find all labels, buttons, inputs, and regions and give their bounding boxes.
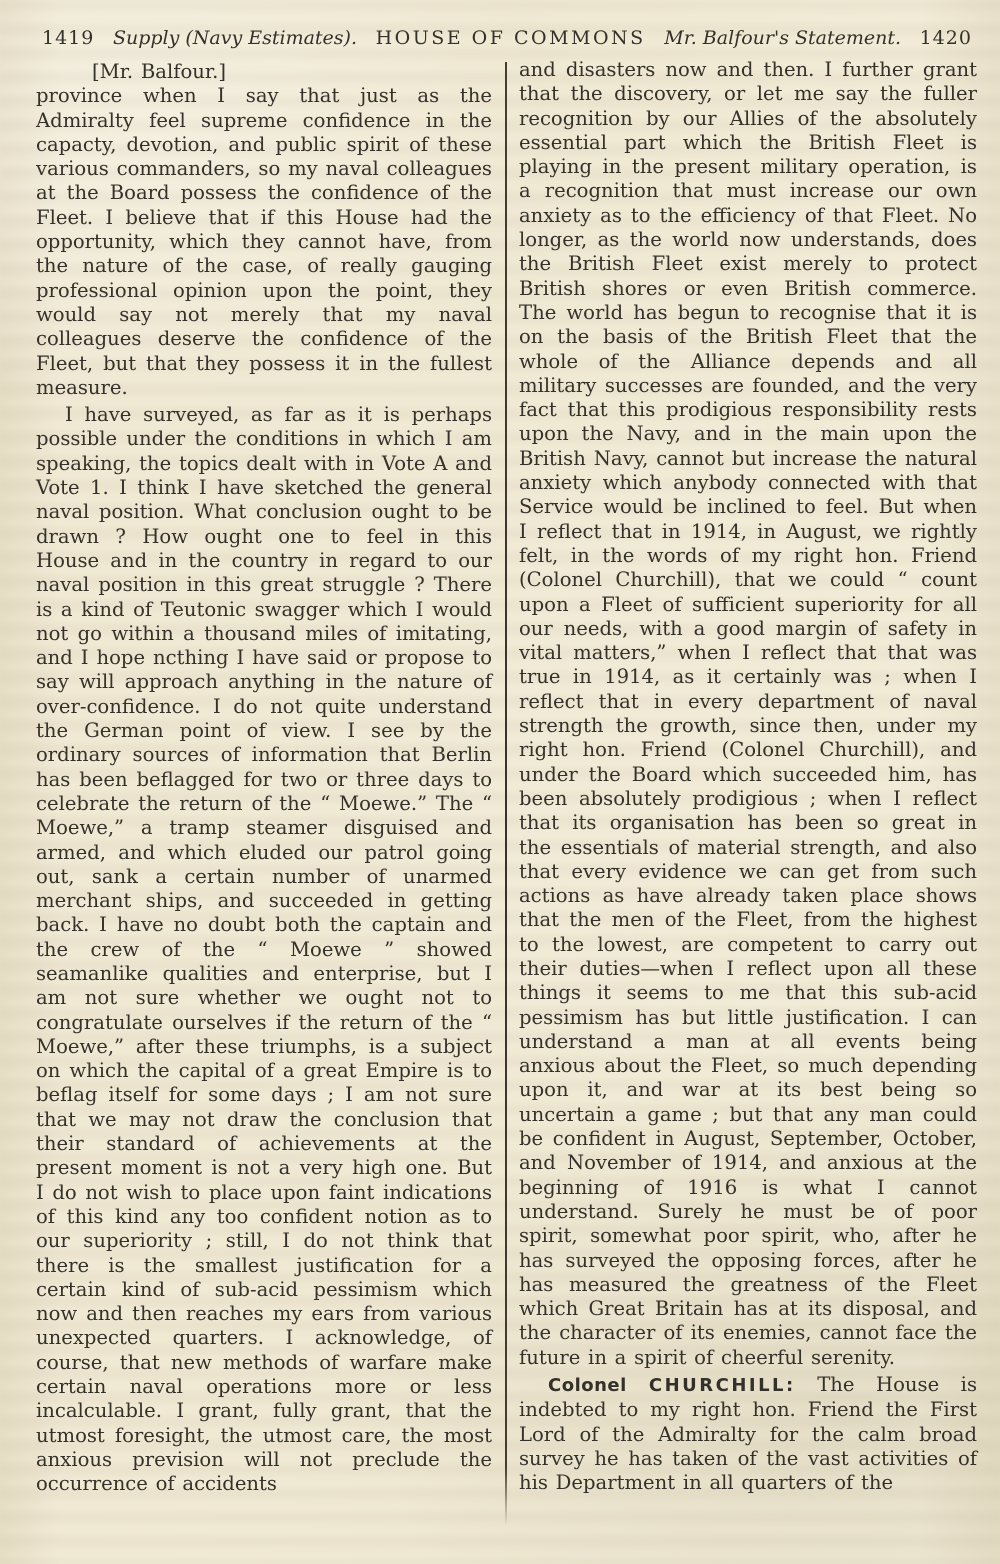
paragraph: I have surveyed, as far as it is perhaps… [36,403,492,1496]
right-column: and disasters now and then. I further gr… [519,58,977,1496]
running-title-right: Mr. Balfour's Statement. [664,27,901,49]
running-title-center: HOUSE OF COMMONS [376,27,646,49]
speaker-continuation-label: [Mr. Balfour.] [36,60,492,84]
paragraph: province when I say that just as the Adm… [36,84,492,400]
hansard-document-page: 1419 Supply (Navy Estimates). HOUSE OF C… [0,0,1000,1564]
running-title-left: Supply (Navy Estimates). [113,27,357,49]
speaker-title: Colonel [548,1375,649,1396]
paragraph: and disasters now and then. I further gr… [519,58,977,1370]
speaker-name: CHURCHILL: [649,1375,796,1396]
column-divider [505,62,507,1526]
page-number-right: 1420 [920,27,972,49]
running-header: 1419 Supply (Navy Estimates). HOUSE OF C… [42,27,972,49]
page-number-left: 1419 [42,27,94,49]
left-column: [Mr. Balfour.] province when I say that … [36,60,492,1497]
speech-paragraph: Colonel CHURCHILL: The House is indebted… [519,1373,977,1495]
